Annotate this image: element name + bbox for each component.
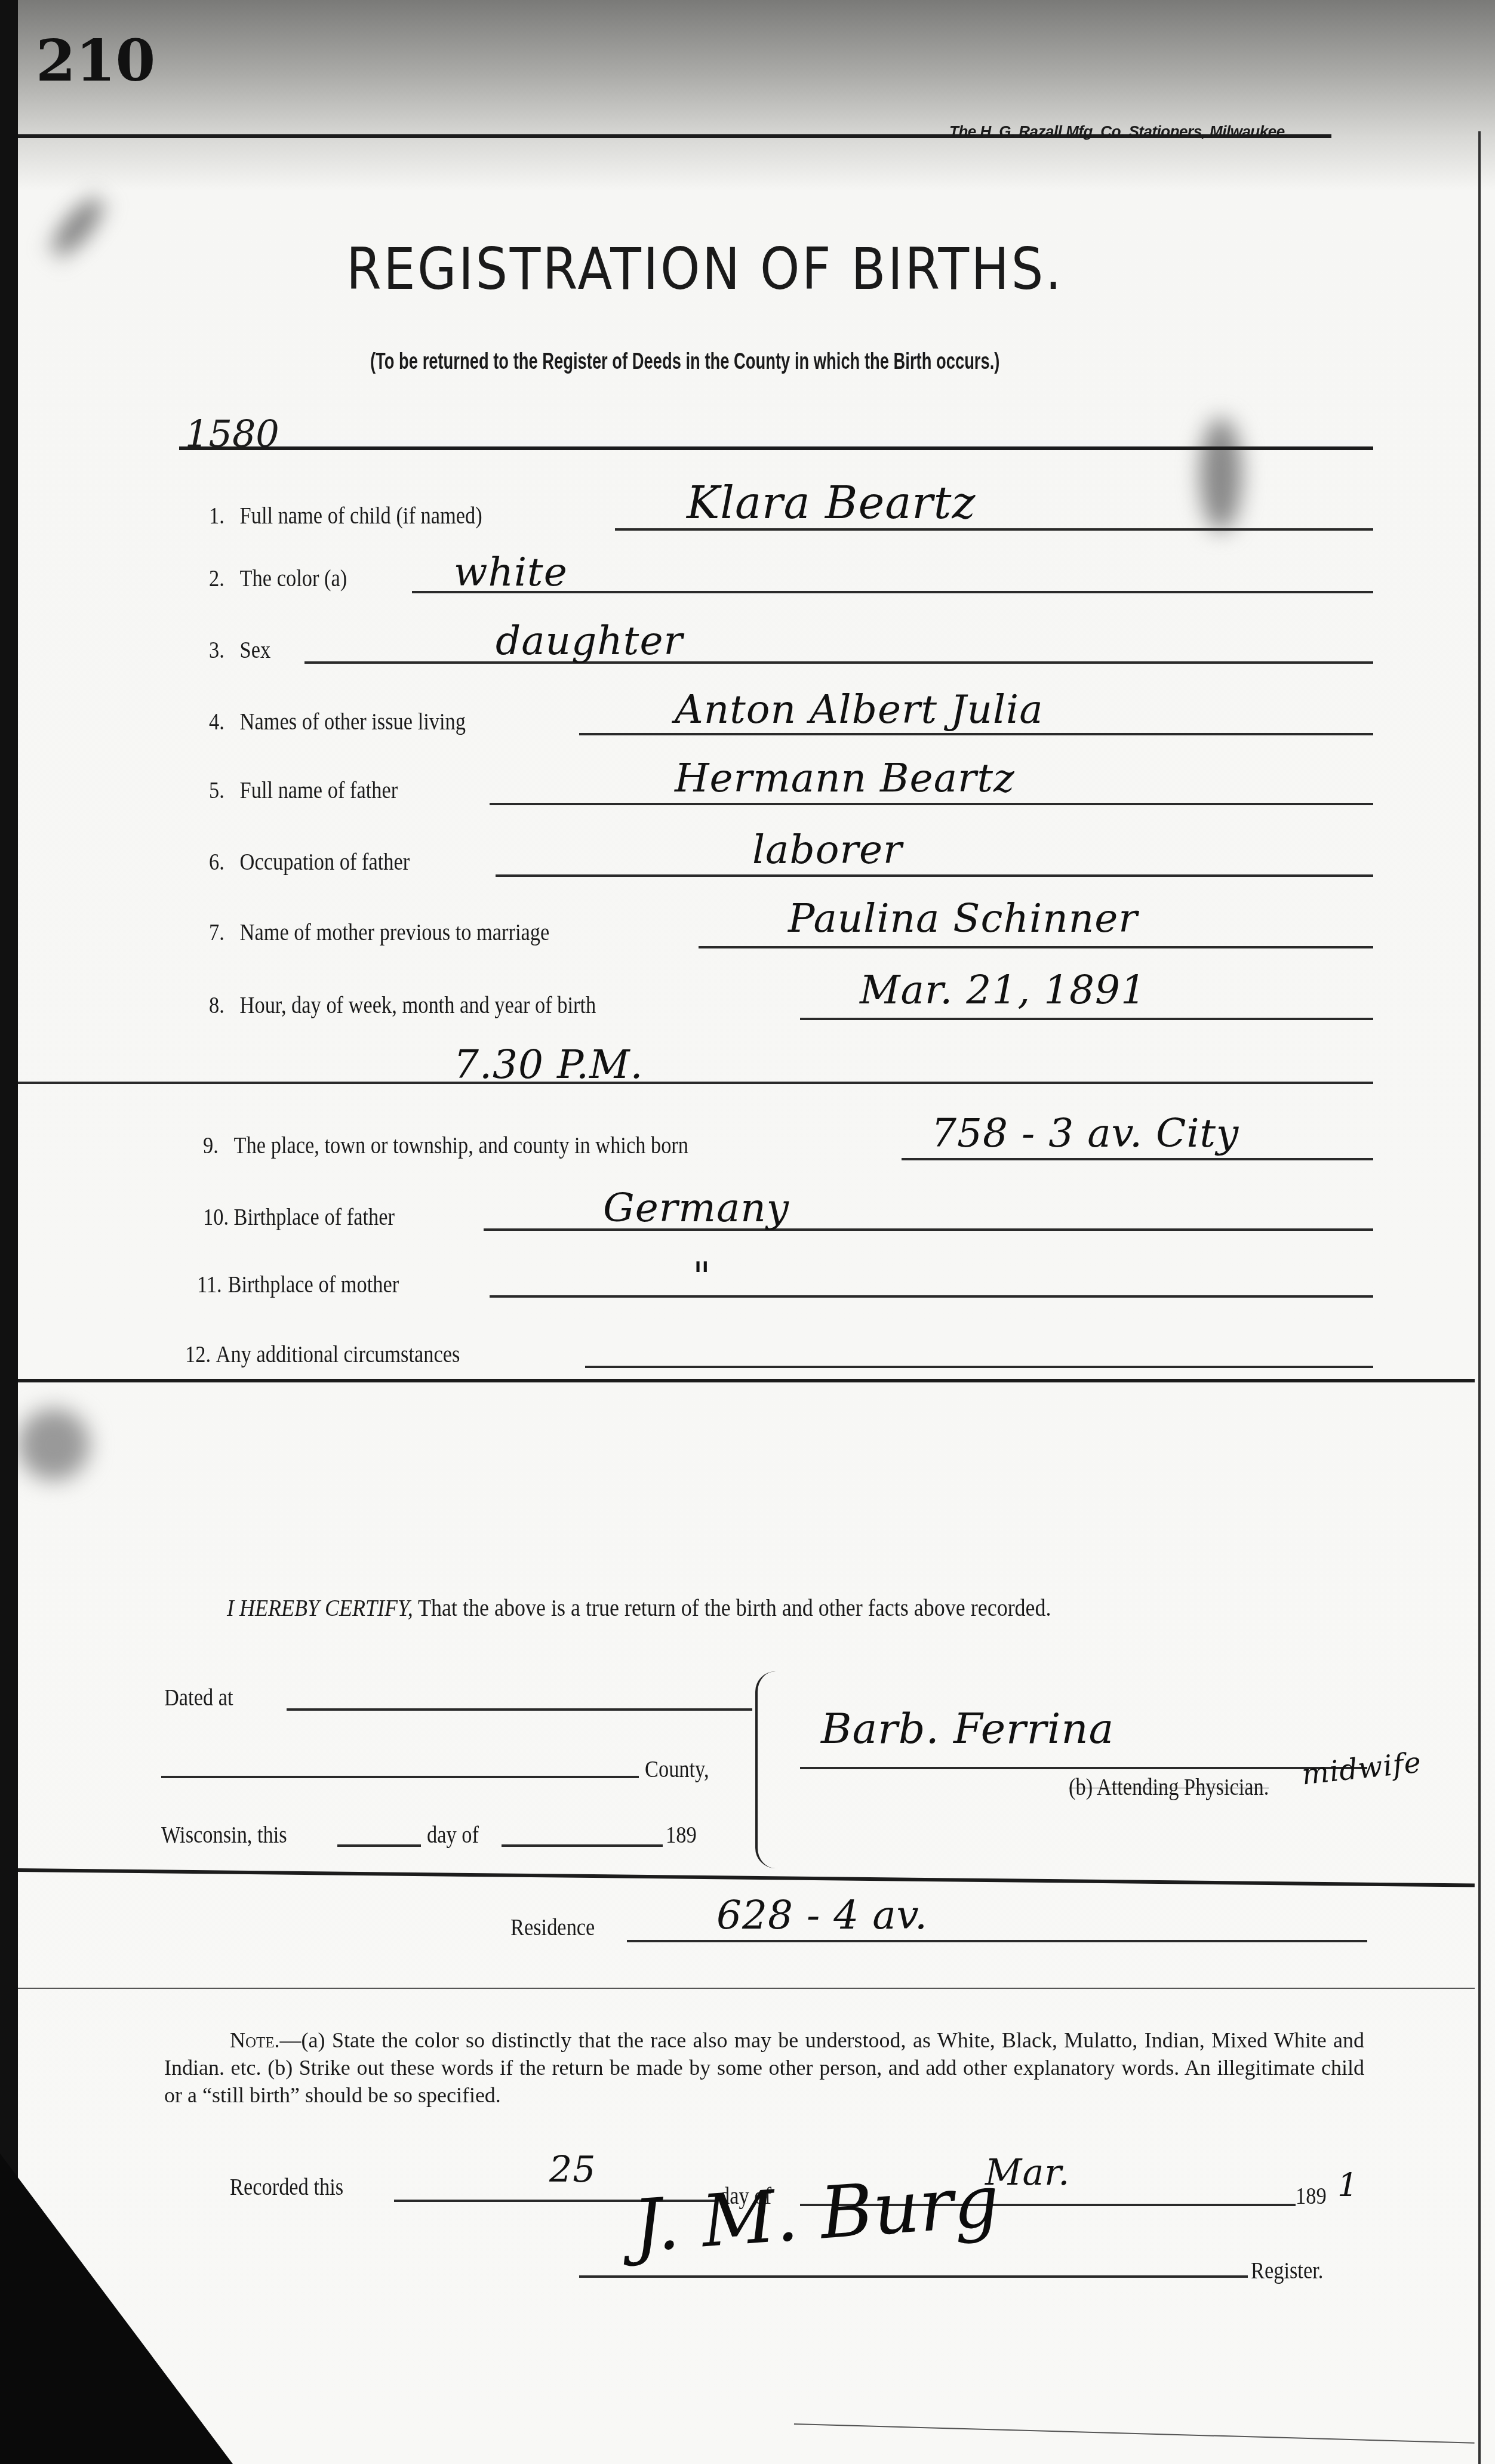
field-8-label: 8.Hour, day of week, month and year of b… <box>209 991 596 1019</box>
dated-at-label: Dated at <box>164 1683 233 1711</box>
field-5-label: 5.Full name of father <box>209 776 398 804</box>
scan-left-edge <box>0 0 18 2464</box>
field-3-label: 3.Sex <box>209 636 270 664</box>
scan-corner-shadow <box>0 2154 233 2464</box>
form-subtitle: (To be returned to the Register of Deeds… <box>370 349 999 375</box>
month-line <box>502 1844 663 1847</box>
certification-statement: I HEREBY CERTIFY, That the above is a tr… <box>227 1594 1051 1622</box>
field-8-line <box>800 1018 1373 1020</box>
signature-line <box>800 1767 1367 1769</box>
color-value: white <box>454 549 568 595</box>
field-12-line <box>585 1366 1373 1368</box>
mother-birthplace-value: " <box>693 1253 711 1299</box>
father-birthplace-value: Germany <box>603 1185 789 1231</box>
residence-label: Residence <box>510 1913 595 1941</box>
residence-value: 628 - 4 av. <box>716 1892 928 1938</box>
field-6-line <box>496 874 1373 877</box>
right-margin-rule <box>1478 131 1481 2464</box>
ink-smudge <box>45 192 110 262</box>
attending-physician-label: (b) Attending Physician. <box>1069 1773 1269 1801</box>
field-9-label: 9.The place, town or township, and count… <box>203 1131 688 1159</box>
birthplace-value: 758 - 3 av. City <box>931 1110 1239 1156</box>
field-7-label: 7.Name of mother previous to marriage <box>209 918 549 946</box>
day-line <box>337 1844 421 1847</box>
wisconsin-label: Wisconsin, this <box>161 1821 287 1849</box>
field-5-line <box>490 803 1373 805</box>
county-label: County, <box>645 1755 709 1783</box>
birth-date-value: Mar. 21, 1891 <box>860 967 1146 1013</box>
recorded-year-prefix: 189 <box>1296 2182 1327 2210</box>
child-name-value: Klara Beartz <box>687 478 976 529</box>
field-7-line <box>699 946 1373 948</box>
form-note: Note.—(a) State the color so distinctly … <box>164 2026 1364 2109</box>
recorded-year-suffix: 1 <box>1337 2167 1358 2204</box>
birth-time-value: 7.30 P.M. <box>454 1042 644 1088</box>
county-line <box>161 1776 639 1778</box>
recorded-this-label: Recorded this <box>230 2173 343 2201</box>
field-11-line <box>490 1295 1373 1298</box>
field-10-label: 10.Birthplace of father <box>203 1203 395 1231</box>
father-name-value: Hermann Beartz <box>675 755 1015 801</box>
field-12-label: 12.Any additional circumstances <box>185 1340 460 1368</box>
register-line <box>579 2275 1248 2278</box>
field-2-label: 2.The color (a) <box>209 564 347 592</box>
field-4-line <box>579 733 1373 735</box>
field-11-label: 11.Birthplace of mother <box>197 1270 399 1298</box>
register-label: Register. <box>1251 2256 1323 2284</box>
ink-smudge <box>18 1409 90 1480</box>
field-9-line <box>902 1158 1373 1160</box>
registration-rule <box>179 446 1373 450</box>
field-1-label: 1.Full name of child (if named) <box>209 501 482 529</box>
field-8-continuation-line <box>18 1082 1373 1084</box>
stationer-imprint: The H. G. Razall Mfg. Co. Stationers, Mi… <box>949 122 1288 141</box>
father-occupation-value: laborer <box>752 827 903 873</box>
field-6-label: 6.Occupation of father <box>209 848 410 876</box>
other-issue-value: Anton Albert Julia <box>675 686 1044 732</box>
attending-signature: Barb. Ferrina <box>821 1704 1114 1753</box>
residence-line <box>627 1940 1367 1942</box>
page-number: 210 <box>36 27 155 94</box>
fields-section-rule <box>18 1379 1475 1382</box>
mother-maiden-name-value: Paulina Schinner <box>788 895 1138 941</box>
sex-value: daughter <box>496 618 683 664</box>
year-prefix: 189 <box>666 1821 697 1849</box>
ink-smudge <box>1200 418 1242 531</box>
recorded-day-value: 25 <box>549 2149 596 2191</box>
residence-rule <box>18 1988 1475 1989</box>
field-4-label: 4.Names of other issue living <box>209 707 466 735</box>
field-3-line <box>304 661 1373 664</box>
form-title: REGISTRATION OF BIRTHS. <box>346 236 1063 303</box>
day-of-label: day of <box>427 1821 479 1849</box>
certification-brace <box>755 1671 776 1868</box>
dated-at-line <box>287 1708 752 1711</box>
